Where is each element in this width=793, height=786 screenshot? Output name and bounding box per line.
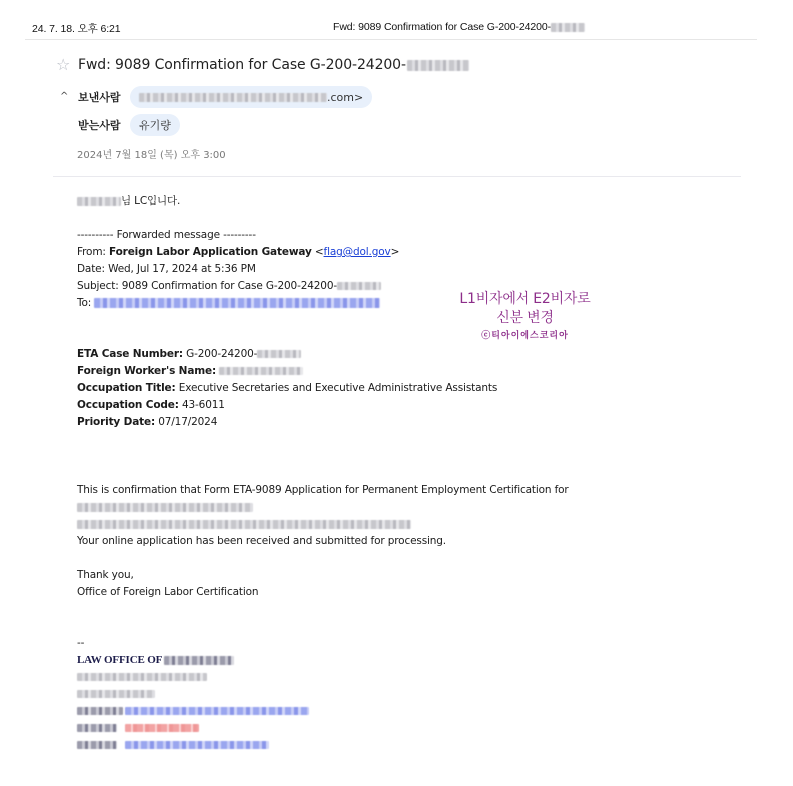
print-divider (25, 39, 757, 40)
forward-date: Date: Wed, Jul 17, 2024 at 5:36 PM (77, 261, 737, 278)
watermark-line-1: L1비자에서 E2비자로 (440, 290, 610, 309)
redacted-name (77, 197, 121, 206)
field-eta-case-number: ETA Case Number: G-200-24200- (77, 346, 737, 363)
email-body: 님 LC입니다. ---------- Forwarded message --… (77, 193, 737, 754)
redacted-address (77, 673, 207, 681)
signature-address-1 (77, 669, 737, 686)
signature-website (77, 703, 737, 720)
email-subject: Fwd: 9089 Confirmation for Case G-200-24… (78, 57, 469, 73)
field-foreign-worker-name: Foreign Worker's Name: (77, 363, 737, 380)
print-title: Fwd: 9089 Confirmation for Case G-200-24… (333, 21, 585, 33)
star-icon[interactable]: ☆ (56, 57, 72, 73)
recipient-chip[interactable]: 유기량 (130, 114, 180, 136)
sender-row: ^ 보낸사람 .com> (60, 86, 372, 108)
signature-title: LAW OFFICE OF (77, 652, 737, 669)
signature-dashes: -- (77, 635, 737, 652)
watermark: L1비자에서 E2비자로 신분 변경 ⓒ티아이에스코리아 (440, 290, 610, 344)
redacted-employer (77, 503, 253, 512)
print-header: 24. 7. 18. 오후 6:21 Fwd: 9089 Confirmatio… (0, 0, 793, 40)
redacted-label (77, 724, 117, 732)
confirmation-text: This is confirmation that Form ETA-9089 … (77, 482, 737, 516)
from-email-link[interactable]: flag@dol.gov (324, 246, 391, 258)
redacted-case-suffix (257, 350, 301, 358)
forward-from: From: Foreign Labor Application Gateway … (77, 244, 737, 261)
received-text: Your online application has been receive… (77, 533, 737, 550)
recipient-row: 받는사람 유기량 (78, 114, 180, 136)
redacted-case-suffix (407, 60, 469, 71)
redacted-sender-email (139, 93, 327, 102)
confirmation-text-cont (77, 516, 737, 533)
sender-label: 보낸사람 (78, 89, 130, 105)
sender-chip[interactable]: .com> (130, 86, 372, 108)
redacted-label (77, 741, 117, 749)
redacted-email-link[interactable] (125, 741, 269, 749)
redacted-worker-name (219, 367, 303, 375)
print-datetime: 24. 7. 18. 오후 6:21 (32, 21, 121, 36)
watermark-line-2: 신분 변경 (440, 309, 610, 328)
field-occupation-code: Occupation Code: 43-6011 (77, 397, 737, 414)
redacted-case-suffix (551, 23, 585, 32)
redacted-phone-link[interactable] (125, 724, 199, 732)
watermark-copyright: ⓒ티아이에스코리아 (440, 328, 610, 344)
sent-date: 2024년 7월 18일 (목) 오후 3:00 (77, 146, 226, 161)
field-occupation-title: Occupation Title: Executive Secretaries … (77, 380, 737, 397)
redacted-recipient-emails[interactable] (94, 298, 380, 308)
greeting: 님 LC입니다. (77, 193, 737, 210)
office-name: Office of Foreign Labor Certification (77, 584, 737, 601)
chevron-up-icon[interactable]: ^ (60, 92, 70, 102)
redacted-label (77, 707, 123, 715)
forward-to: To: (77, 295, 737, 312)
signature-email (77, 737, 737, 754)
redacted-law-office-name (164, 656, 234, 665)
redacted-address (77, 690, 155, 698)
redacted-website-link[interactable] (125, 707, 309, 715)
redacted-case-suffix (337, 282, 381, 290)
redacted-position (77, 520, 411, 529)
signature-address-2 (77, 686, 737, 703)
thanks: Thank you, (77, 567, 737, 584)
subject-row: ☆ Fwd: 9089 Confirmation for Case G-200-… (56, 54, 469, 76)
forward-divider: ---------- Forwarded message --------- (77, 227, 737, 244)
header-divider (53, 176, 741, 177)
forward-subject: Subject: 9089 Confirmation for Case G-20… (77, 278, 737, 295)
signature-phone (77, 720, 737, 737)
recipient-label: 받는사람 (78, 117, 130, 133)
field-priority-date: Priority Date: 07/17/2024 (77, 414, 737, 431)
